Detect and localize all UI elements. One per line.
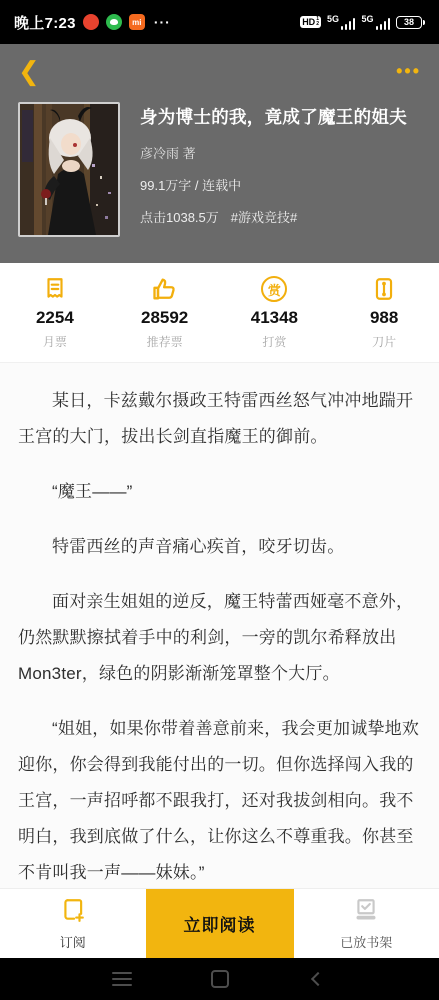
stats-row: 2254 月票 28592 推荐票 赏 41348 打赏 <box>0 263 439 363</box>
paragraph: “姐姐，如果你带着善意前来，我会更加诚挚地欢迎你，你会得到我能付出的一切。但你选… <box>18 711 421 888</box>
book-words-status: 99.1万字 / 连载中 <box>140 175 421 194</box>
recents-icon[interactable] <box>110 967 134 991</box>
book-clicks: 点击1038.5万 <box>140 207 219 226</box>
book-title: 身为博士的我，竟成了魔王的姐夫 <box>140 104 421 129</box>
volte-hd-icon: HD 12 <box>300 16 321 28</box>
home-icon[interactable] <box>208 967 232 991</box>
book-cover[interactable] <box>18 102 120 237</box>
blade-icon <box>371 275 397 303</box>
reward-icon: 赏 <box>261 275 287 303</box>
paragraph: 特雷西丝的声音痛心疾首，咬牙切齿。 <box>18 529 421 565</box>
phone-screen: 晚上7:23 mi ··· HD 12 5G 5G 38 ❮ ••• <box>0 0 439 1000</box>
stat-blade[interactable]: 988 刀片 <box>329 275 439 350</box>
stat-monthly-ticket[interactable]: 2254 月票 <box>0 275 110 350</box>
stat-label: 刀片 <box>372 333 396 350</box>
stat-value: 988 <box>370 308 398 328</box>
stat-value: 41348 <box>251 308 298 328</box>
on-shelf-label: 已放书架 <box>340 932 392 951</box>
paragraph: 面对亲生姐姐的逆反，魔王特蕾西娅毫不意外，仍然默默擦拭着手中的利剑，一旁的凯尔希… <box>18 584 421 692</box>
stat-label: 月票 <box>43 333 67 350</box>
paragraph: “魔王——” <box>18 474 421 510</box>
stat-value: 28592 <box>141 308 188 328</box>
stat-reward[interactable]: 赏 41348 打赏 <box>220 275 330 350</box>
book-tag[interactable]: #游戏竞技# <box>231 207 297 226</box>
read-now-button[interactable]: 立即阅读 <box>146 889 294 958</box>
bottom-action-bar: 订阅 立即阅读 已放书架 <box>0 888 439 958</box>
on-shelf-button[interactable]: 已放书架 <box>294 889 439 958</box>
more-notifications-icon: ··· <box>154 14 171 30</box>
subscribe-button[interactable]: 订阅 <box>0 889 146 958</box>
paragraph: 某日，卡兹戴尔摄政王特雷西丝怒气冲冲地踹开王宫的大门，拔出长剑直指魔王的御前。 <box>18 383 421 455</box>
nav-back-icon[interactable] <box>306 967 330 991</box>
mi-notification-icon: mi <box>129 14 145 30</box>
signal-sim2-icon: 5G <box>361 15 390 30</box>
back-icon[interactable]: ❮ <box>18 58 40 84</box>
overflow-menu-icon[interactable]: ••• <box>396 61 421 82</box>
stat-value: 2254 <box>36 308 74 328</box>
monthly-ticket-icon <box>42 275 68 303</box>
wechat-notification-icon <box>106 14 122 30</box>
subscribe-label: 订阅 <box>60 932 86 951</box>
book-author: 彦冷雨 著 <box>140 143 421 162</box>
status-bar: 晚上7:23 mi ··· HD 12 5G 5G 38 <box>0 0 439 44</box>
chapter-excerpt[interactable]: 某日，卡兹戴尔摄政王特雷西丝怒气冲冲地踹开王宫的大门，拔出长剑直指魔王的御前。 … <box>0 363 439 888</box>
thumbs-up-icon <box>151 275 179 303</box>
android-nav-bar <box>0 958 439 1000</box>
subscribe-icon <box>60 897 86 928</box>
stat-label: 推荐票 <box>147 333 183 350</box>
on-shelf-icon <box>353 897 379 928</box>
stat-label: 打赏 <box>262 333 286 350</box>
battery-icon: 38 <box>396 16 425 29</box>
clock: 晚上7:23 <box>14 12 76 33</box>
signal-sim1-icon: 5G <box>327 15 356 30</box>
book-header: ❮ ••• <box>0 44 439 263</box>
stat-recommend-ticket[interactable]: 28592 推荐票 <box>110 275 220 350</box>
taobao-notification-icon <box>83 14 99 30</box>
